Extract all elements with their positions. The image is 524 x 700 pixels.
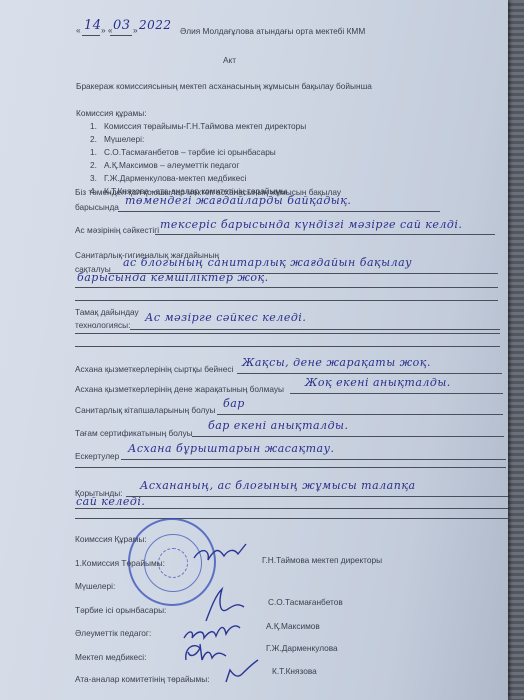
books-label: Санитарлық кітапшаларының болуы: [75, 405, 215, 415]
date-quote-close: »: [133, 25, 138, 35]
signature-name: К.Т.Князова: [272, 666, 317, 676]
signature-role: 1.Комиссия Төрайымы:: [75, 558, 165, 568]
signature-role: Ата-аналар комитетінің төрайымы:: [75, 674, 210, 684]
tech-line-2: [75, 333, 500, 334]
date-quote-mid: » «: [101, 25, 113, 35]
commission-item: 1.Комиссия төрайымы-Г.Н.Таймова мектеп д…: [90, 121, 306, 131]
notes-label: Ескертулер: [75, 451, 119, 461]
books-line: [217, 414, 503, 415]
date-year: 2022: [139, 18, 172, 32]
injury-handwritten: Жоқ екені анықталды.: [305, 376, 451, 389]
signature-role: Тәрбие ісі орынбасары:: [75, 605, 166, 615]
notes-handwritten: Асхана бұрыштарын жасақтау.: [128, 442, 335, 455]
appearance-label: Асхана қызметкерлерінің сыртқы бейнесі: [75, 364, 233, 374]
signature-role: Әлеуметтік педагог:: [75, 628, 151, 638]
date-month-line: [110, 35, 132, 36]
tech-handwritten: Ас мәзірге сәйкес келеді.: [145, 311, 306, 324]
date-day-line: [82, 35, 100, 36]
sanitary-line-3: [75, 300, 498, 301]
tech-label-1: Тамақ дайындау: [75, 307, 139, 317]
signature-name: А.Қ.Максимов: [266, 621, 320, 631]
document-subtitle: Бракераж комиссиясының мектеп асханасыны…: [76, 81, 372, 91]
injury-line: [290, 393, 503, 394]
table-surface: [506, 0, 524, 700]
signature-name: С.О.Тасмағанбетов: [268, 597, 343, 607]
organization-name: Әлия Молдағұлова атындағы орта мектебі К…: [180, 26, 365, 36]
commission-item: 2.Мүшелері:: [90, 134, 144, 144]
appearance-line: [237, 373, 502, 374]
cert-handwritten: бар екені анықталды.: [208, 419, 349, 432]
menu-line: [155, 234, 495, 235]
sanitary-line-2: [75, 287, 498, 288]
date-quote-open: «: [76, 25, 81, 35]
signature-name: Г.Ж.Дарменкулова: [266, 643, 338, 653]
sanitary-handwritten-1: ас блогының санитарлық жағдайын бақылау: [123, 256, 412, 269]
cert-line: [192, 436, 504, 437]
intro-label: барысында: [75, 202, 119, 212]
signatures-heading: Коимссия Құрамы:: [75, 534, 147, 544]
conclusion-handwritten-2: сай келеді.: [76, 495, 145, 508]
conclusion-handwritten-1: Асхананың, ас блогының жұмысы талапқа: [140, 479, 416, 492]
conclusion-line-3: [75, 518, 508, 519]
document-page: « 14 » « 03 » 2022 Әлия Молдағұлова атын…: [0, 0, 508, 700]
menu-handwritten: тексеріс барысында күндізгі мәзірге сай …: [160, 218, 462, 231]
books-handwritten: бар: [223, 397, 245, 410]
commission-item: 1.С.О.Тасмағанбетов – тәрбие ісі орынбас…: [90, 147, 276, 157]
notes-line-1: [121, 459, 506, 460]
date-day: 14: [84, 18, 102, 33]
appearance-handwritten: Жақсы, дене жарақаты жоқ.: [242, 356, 431, 369]
tech-label-2: технологиясы:: [75, 320, 130, 330]
tech-line-3: [75, 346, 500, 347]
notes-line-2: [75, 467, 506, 468]
document-title: Акт: [223, 55, 236, 65]
commission-item: 2.А.Қ.Максимов – әлеуметтік педагог: [90, 160, 239, 170]
injury-label: Асхана қызметкерлерінің дене жарақатының…: [75, 384, 284, 394]
conclusion-line-2: [75, 508, 508, 509]
signature-role: Мүшелері:: [75, 581, 115, 591]
signature-chair: [190, 540, 250, 570]
menu-label: Ас мәзірінің сәйкестігі: [75, 225, 159, 235]
date-month: 03: [113, 18, 131, 33]
sanitary-handwritten-2: барысында кемшіліктер жоқ.: [77, 271, 269, 284]
intro-line: [118, 211, 440, 212]
intro-handwritten: төмендегі жағдайларды байқадық.: [125, 194, 351, 207]
commission-heading: Комиссия құрамы:: [76, 108, 147, 118]
signature-role: Мектеп медбикесі:: [75, 652, 146, 662]
signature-name: Г.Н.Таймова мектеп директоры: [262, 555, 382, 565]
conclusion-line-1: [126, 496, 508, 497]
tech-line-1: [130, 329, 500, 330]
signature-parents-chair: [222, 656, 262, 686]
commission-item: 3.Г.Ж.Дарменкулова-мектеп медбикесі: [90, 173, 246, 183]
cert-label: Тағам сертификатының болуы: [75, 428, 193, 438]
